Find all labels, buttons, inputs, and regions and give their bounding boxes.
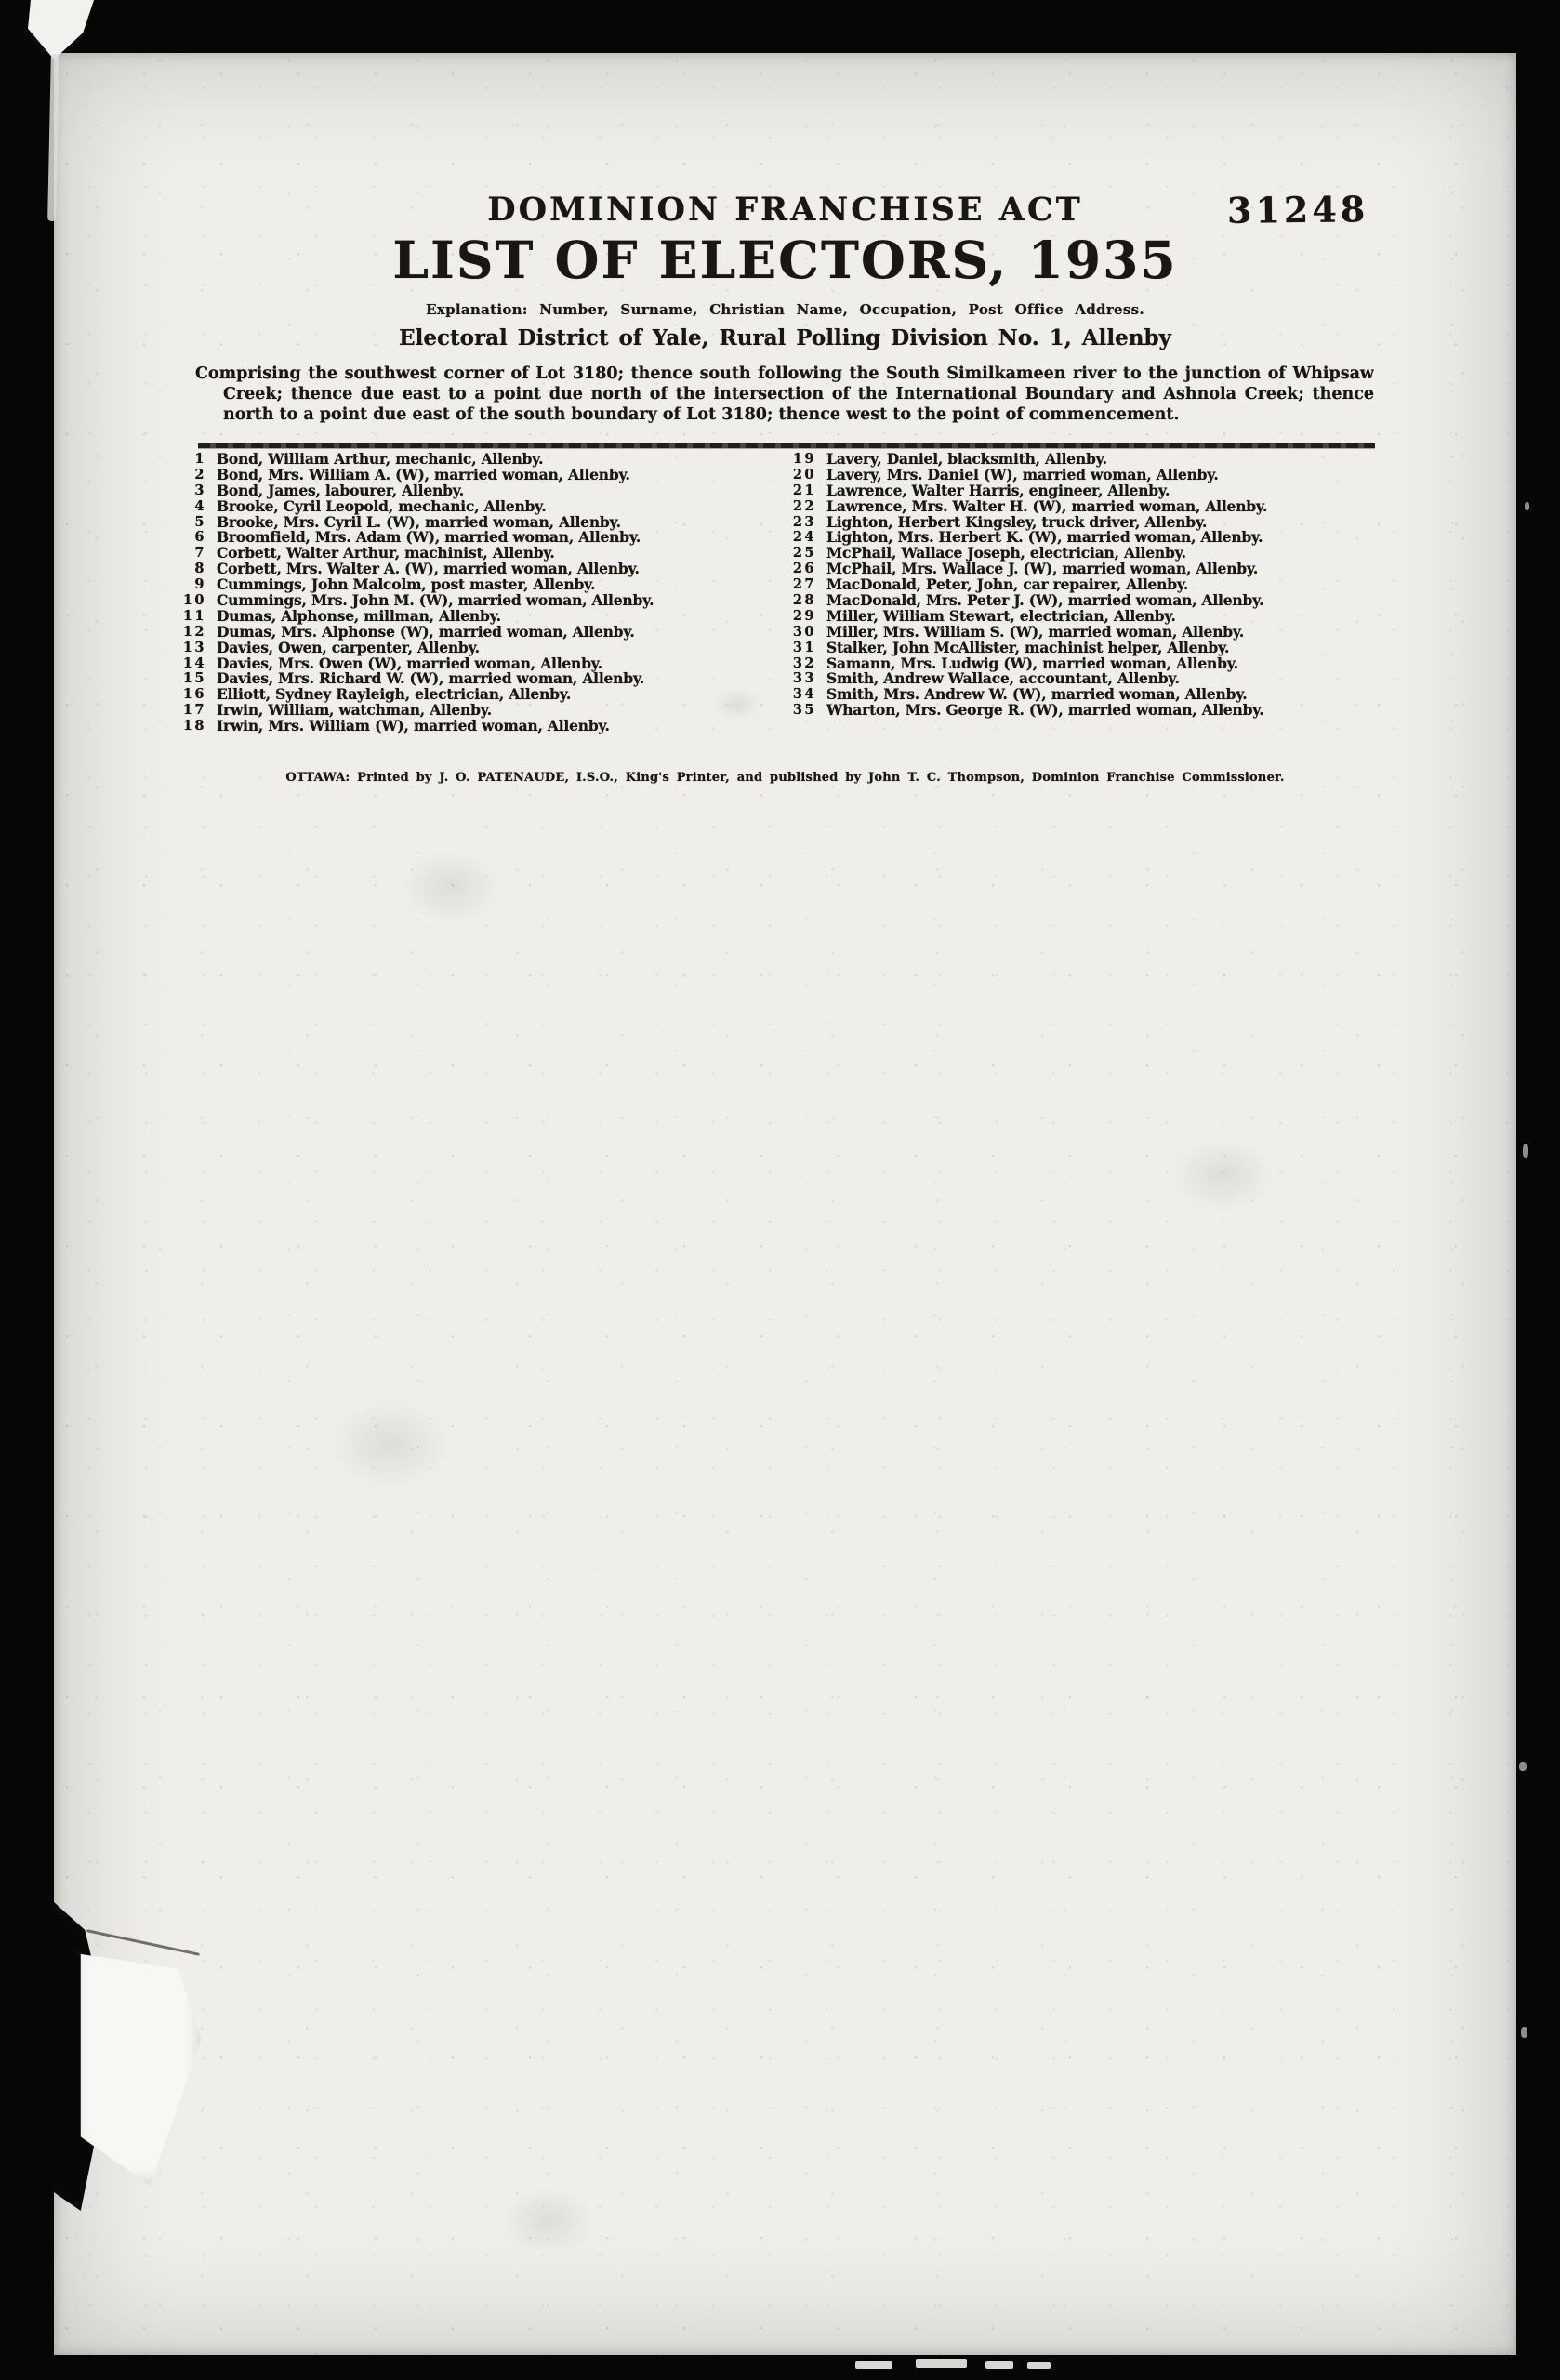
elector-number: 7 [167, 546, 206, 562]
elector-number: 11 [167, 609, 206, 625]
elector-number: 26 [777, 562, 816, 577]
elector-number: 21 [777, 483, 816, 499]
elector-row: 18 Irwin, Mrs. William (W), married woma… [167, 719, 777, 734]
elector-number: 10 [167, 593, 206, 609]
divider-rule [198, 443, 1375, 448]
elector-row: 35 Wharton, Mrs. George R. (W), married … [777, 703, 1469, 719]
elector-number: 5 [167, 515, 206, 531]
elector-number: 16 [167, 687, 206, 703]
paper-smudge [483, 2175, 614, 2268]
elector-number: 19 [777, 452, 816, 468]
elector-number: 28 [777, 593, 816, 609]
electors-column-right: 19 Lavery, Daniel, blacksmith, Allenby. … [777, 452, 1469, 734]
elector-number: 14 [167, 656, 206, 672]
film-speck [1521, 2027, 1527, 2038]
elector-entry: Wharton, Mrs. George R. (W), married wom… [826, 703, 1263, 719]
explanation-line: Explanation: Number, Surname, Christian … [54, 301, 1516, 318]
film-dash [985, 2361, 1013, 2369]
elector-number: 22 [777, 499, 816, 515]
elector-number: 18 [167, 719, 206, 734]
elector-number: 4 [167, 499, 206, 515]
document-title: DOMINION FRANCHISE ACT [54, 191, 1516, 229]
elector-number: 25 [777, 546, 816, 562]
elector-number: 27 [777, 577, 816, 593]
elector-number: 9 [167, 577, 206, 593]
elector-number: 15 [167, 671, 206, 687]
elector-number: 33 [777, 671, 816, 687]
film-dash [855, 2361, 892, 2369]
elector-number: 2 [167, 468, 206, 483]
elector-number: 6 [167, 530, 206, 546]
film-speck [1525, 502, 1529, 510]
elector-number: 1 [167, 452, 206, 468]
elector-number: 8 [167, 562, 206, 577]
paper-smudge [381, 836, 521, 938]
elector-number: 29 [777, 609, 816, 625]
elector-number: 30 [777, 625, 816, 641]
scan-background: { "page": { "serial_number": "31248", "t… [0, 0, 1560, 2380]
elector-number: 31 [777, 641, 816, 656]
boundary-description: Comprising the southwest corner of Lot 3… [195, 364, 1374, 425]
film-speck [1519, 1762, 1527, 1771]
electors-list: 1 Bond, William Arthur, mechanic, Allenb… [167, 452, 1469, 734]
elector-number: 20 [777, 468, 816, 483]
elector-number: 13 [167, 641, 206, 656]
boundary-line-3: north to a point due east of the south b… [195, 404, 1374, 425]
film-dash [1027, 2362, 1051, 2369]
film-edge-blob [28, 0, 97, 59]
paper-smudge [307, 1384, 474, 1505]
elector-number: 34 [777, 687, 816, 703]
elector-number: 32 [777, 656, 816, 672]
elector-entry: Irwin, Mrs. William (W), married woman, … [217, 719, 610, 734]
film-dash [916, 2359, 967, 2368]
document-subtitle: LIST OF ELECTORS, 1935 [54, 230, 1516, 290]
imprint-line: OTTAWA: Printed by J. O. PATENAUDE, I.S.… [54, 771, 1516, 785]
elector-number: 3 [167, 483, 206, 499]
elector-number: 17 [167, 703, 206, 719]
district-line: Electoral District of Yale, Rural Pollin… [54, 325, 1516, 350]
paper-sheet: 31248 DOMINION FRANCHISE ACT LIST OF ELE… [54, 53, 1516, 2355]
elector-number: 12 [167, 625, 206, 641]
elector-number: 23 [777, 515, 816, 531]
elector-number: 35 [777, 703, 816, 719]
elector-number: 24 [777, 530, 816, 546]
film-speck [1523, 1144, 1528, 1158]
boundary-line-2: Creek; thence due east to a point due no… [195, 384, 1374, 404]
electors-column-left: 1 Bond, William Arthur, mechanic, Allenb… [167, 452, 777, 734]
paper-smudge [1153, 1124, 1292, 1226]
boundary-line-1: Comprising the southwest corner of Lot 3… [195, 364, 1374, 384]
